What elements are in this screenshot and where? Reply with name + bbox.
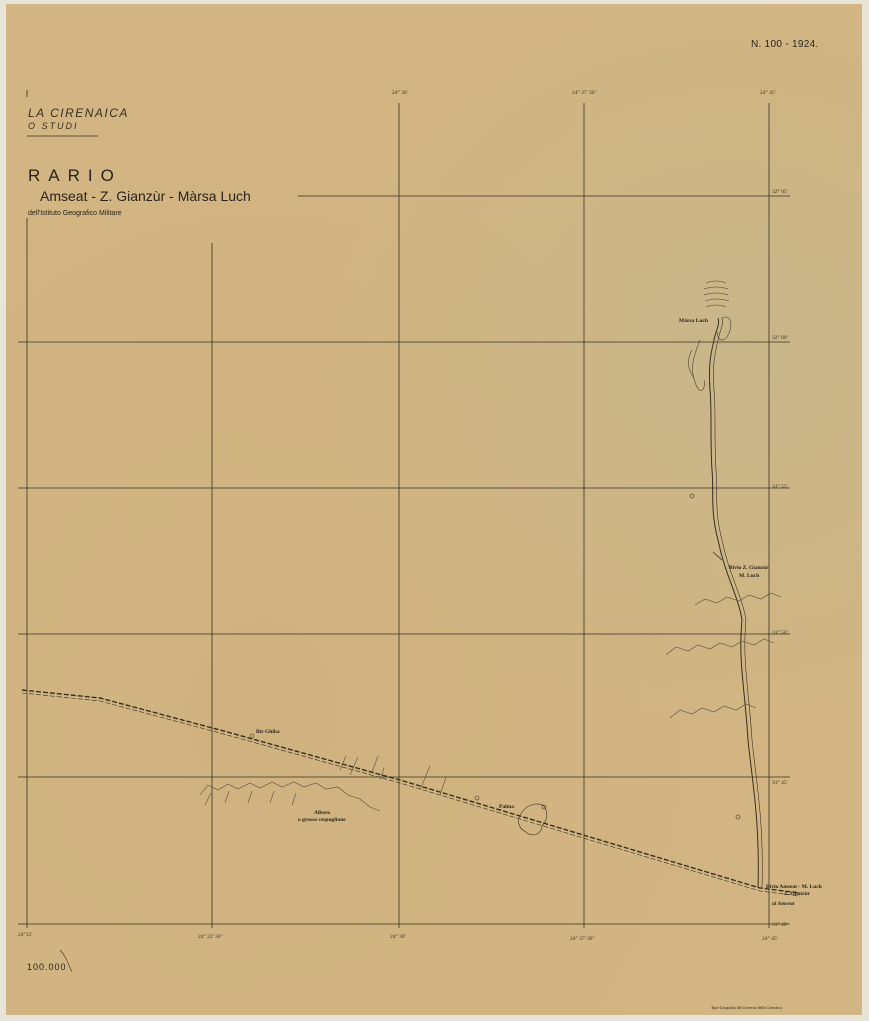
- lon-label-top: 24° 30': [392, 90, 408, 96]
- series-title: LA CIRENAICA: [28, 106, 129, 120]
- caravan-track: [22, 690, 800, 896]
- place-bivio-gianzur-2: M. Luch: [739, 573, 759, 579]
- bir-ghiba-marker: [250, 734, 254, 738]
- lon-label-bottom: 24° 37' 30": [570, 936, 595, 942]
- place-marsa-luch: Màrsa Luch: [679, 318, 708, 324]
- lon-label-bottom: 24° 45': [762, 936, 778, 942]
- lat-label: 31° 45': [772, 780, 788, 786]
- place-bivio-amseat-2: Z. Gianzùr: [784, 891, 810, 897]
- lat-label: 32° 05': [772, 189, 788, 195]
- lat-label: 31° 40': [772, 922, 788, 928]
- map-graphics: [6, 4, 862, 1015]
- lon-label-bottom: 24° 22' 30": [198, 934, 223, 940]
- lat-label: 31° 55': [772, 484, 788, 490]
- well-marker: [736, 815, 740, 819]
- lat-label: 31° 50': [772, 630, 788, 636]
- lon-label-bottom: 24°15': [18, 932, 32, 938]
- lon-label-top: 24° 37' 30": [572, 90, 597, 96]
- well-marker: [542, 805, 546, 809]
- credit-line: dell'Istituto Geografico Militare: [28, 210, 122, 217]
- place-bivio-amseat: Bivio Amseat - M. Luch: [766, 884, 822, 890]
- place-to-amseat: al Amseat: [772, 901, 794, 907]
- printer-credit: Tipo-Litografia del Governo della Cirena…: [711, 1005, 782, 1010]
- map-subtitle: Amseat - Z. Gianzùr - Màrsa Luch: [40, 188, 251, 204]
- map-sheet: N. 100 - 1924. LA CIRENAICA O STUDI RARI…: [6, 4, 862, 1015]
- scrub-vegetation: [200, 593, 781, 811]
- well-marker: [475, 796, 479, 800]
- series-subtitle: O STUDI: [28, 121, 79, 131]
- map-scale: 100.000: [27, 962, 67, 972]
- well-marker: [690, 494, 694, 498]
- lon-label-bottom: 24° 30': [390, 934, 406, 940]
- place-albero: Albero: [314, 810, 330, 816]
- graticule: [18, 90, 790, 928]
- lon-label-top: 24° 45': [760, 90, 776, 96]
- place-albero-2: o grosso cespuglione: [298, 817, 346, 823]
- place-palma: Palma: [499, 804, 514, 810]
- place-bivio-gianzur: Bivio Z. Gianzùr: [729, 565, 769, 571]
- place-bir-ghiba: Bir Ghiba: [256, 729, 280, 735]
- sheet-number: N. 100 - 1924.: [751, 39, 819, 50]
- lat-label: 32° 00': [772, 335, 788, 341]
- map-title: RARIO: [28, 166, 122, 186]
